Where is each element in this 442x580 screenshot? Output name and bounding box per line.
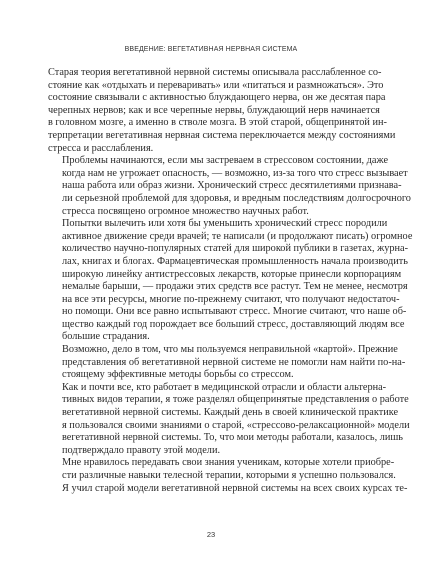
text-line: вегетативной нервной системы. То, что мо… bbox=[48, 432, 374, 445]
text-line: стояние как «отдыхать и переваривать» ил… bbox=[48, 80, 374, 93]
book-page: ВВЕДЕНИЕ: ВЕГЕТАТИВНАЯ НЕРВНАЯ СИСТЕМА С… bbox=[0, 0, 442, 580]
text-line: подтверждало правоту этой модели. bbox=[48, 445, 374, 458]
text-line: Возможно, дело в том, что мы пользуемся … bbox=[48, 344, 374, 357]
text-line: на все эти ресурсы, многие по-прежнему с… bbox=[48, 294, 374, 307]
text-line: щество каждый год порождает все больший … bbox=[48, 319, 374, 332]
text-line: стресса и расслабления. bbox=[48, 143, 374, 156]
text-line: вегетативной нервной системы. Каждый ден… bbox=[48, 407, 374, 420]
text-line: но помощи. Они все равно испытывают стре… bbox=[48, 306, 374, 319]
running-head: ВВЕДЕНИЕ: ВЕГЕТАТИВНАЯ НЕРВНАЯ СИСТЕМА bbox=[0, 46, 422, 53]
text-line: широкую линейку антистрессовых лекарств,… bbox=[48, 269, 374, 282]
text-line: представления об вегетативной нервной си… bbox=[48, 357, 374, 370]
text-line: активное движение среди врачей; те напис… bbox=[48, 231, 374, 244]
text-line: стоящему эффективные методы борьбы со ст… bbox=[48, 369, 374, 382]
text-line: Попытки вылечить или хотя бы уменьшить х… bbox=[48, 218, 374, 231]
paragraph: Проблемы начинаются, если мы застреваем … bbox=[48, 155, 374, 218]
text-line: я пользовался своими знаниями о старой, … bbox=[48, 420, 374, 433]
text-line: черепных нервов; как и все черепные нерв… bbox=[48, 105, 374, 118]
page-number: 23 bbox=[0, 530, 422, 539]
text-line: лах, книгах и блогах. Фармацевтическая п… bbox=[48, 256, 374, 269]
text-line: большие страдания. bbox=[48, 331, 374, 344]
text-line: тивных видов терапии, я тоже разделял об… bbox=[48, 394, 374, 407]
paragraph: Мне нравилось передавать свои знания уче… bbox=[48, 457, 374, 495]
body-text: Старая теория вегетативной нервной систе… bbox=[48, 67, 374, 495]
text-line: Я учил старой модели вегетативной нервно… bbox=[48, 483, 374, 496]
text-line: в головном мозге, а именно в стволе мозг… bbox=[48, 117, 374, 130]
text-line: сти различные навыки телесной терапии, к… bbox=[48, 470, 374, 483]
text-line: Мне нравилось передавать свои знания уче… bbox=[48, 457, 374, 470]
text-line: когда нам не угрожает опасность, — возмо… bbox=[48, 168, 374, 181]
text-line: наша работа или образ жизни. Хронический… bbox=[48, 180, 374, 193]
text-line: терпретации вегетативная нервная система… bbox=[48, 130, 374, 143]
text-line: Как и почти все, кто работает в медицинс… bbox=[48, 382, 374, 395]
text-line: количество научно-популярных статей для … bbox=[48, 243, 374, 256]
paragraph: Старая теория вегетативной нервной систе… bbox=[48, 67, 374, 155]
paragraph: Как и почти все, кто работает в медицинс… bbox=[48, 382, 374, 458]
text-line: Проблемы начинаются, если мы застреваем … bbox=[48, 155, 374, 168]
text-line: Старая теория вегетативной нервной систе… bbox=[48, 67, 374, 80]
text-line: ли серьезной проблемой для здоровья, и в… bbox=[48, 193, 374, 206]
text-line: состояние связывали с активностью блужда… bbox=[48, 92, 374, 105]
paragraph: Попытки вылечить или хотя бы уменьшить х… bbox=[48, 218, 374, 344]
text-line: стресса посвящено огромное множество нау… bbox=[48, 206, 374, 219]
text-line: немалые барыши, — продажи этих средств в… bbox=[48, 281, 374, 294]
paragraph: Возможно, дело в том, что мы пользуемся … bbox=[48, 344, 374, 382]
